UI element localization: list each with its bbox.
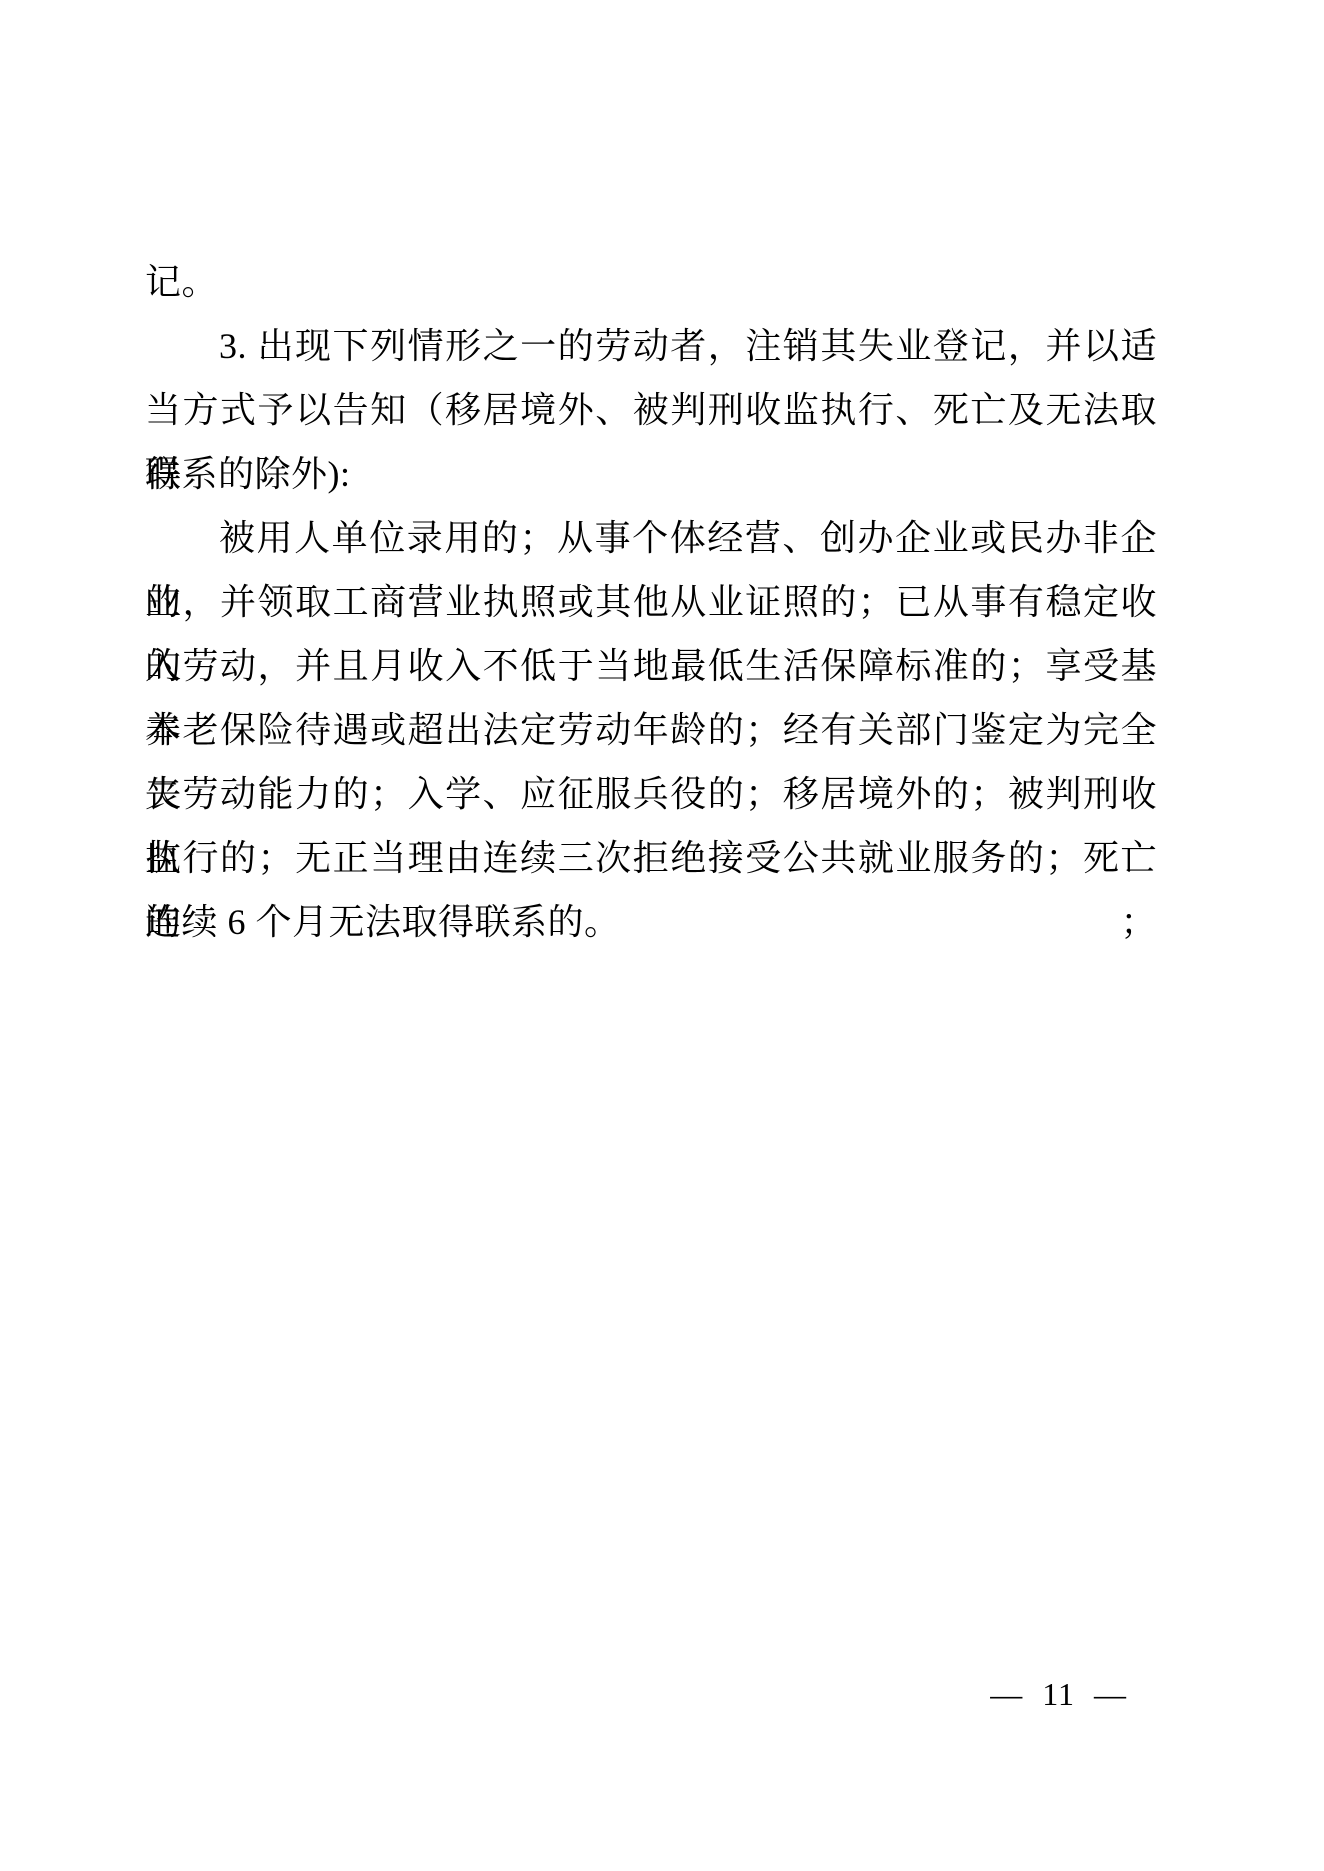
text-line: 的，并领取工商营业执照或其他从业证照的；已从事有稳定收入 — [145, 570, 1157, 634]
text-line: 联系的除外): — [145, 442, 1157, 506]
text-line: 记。 — [145, 250, 1157, 314]
document-page: 记。3. 出现下列情形之一的劳动者，注销其失业登记，并以适当方式予以告知（移居境… — [0, 0, 1324, 1871]
text-line: 当方式予以告知（移居境外、被判刑收监执行、死亡及无法取得 — [145, 378, 1157, 442]
text-line: 执行的；无正当理由连续三次拒绝接受公共就业服务的；死亡的； — [145, 826, 1157, 890]
text-line: 被用人单位录用的；从事个体经营、创办企业或民办非企业 — [145, 506, 1157, 570]
text-line: 养老保险待遇或超出法定劳动年龄的；经有关部门鉴定为完全丧 — [145, 698, 1157, 762]
text-line: 的劳动，并且月收入不低于当地最低生活保障标准的；享受基本 — [145, 634, 1157, 698]
text-line: 3. 出现下列情形之一的劳动者，注销其失业登记，并以适 — [145, 314, 1157, 378]
page-number: — 11 — — [990, 1676, 1127, 1712]
text-line: 失劳动能力的；入学、应征服兵役的；移居境外的；被判刑收监 — [145, 762, 1157, 826]
document-body: 记。3. 出现下列情形之一的劳动者，注销其失业登记，并以适当方式予以告知（移居境… — [145, 250, 1157, 954]
